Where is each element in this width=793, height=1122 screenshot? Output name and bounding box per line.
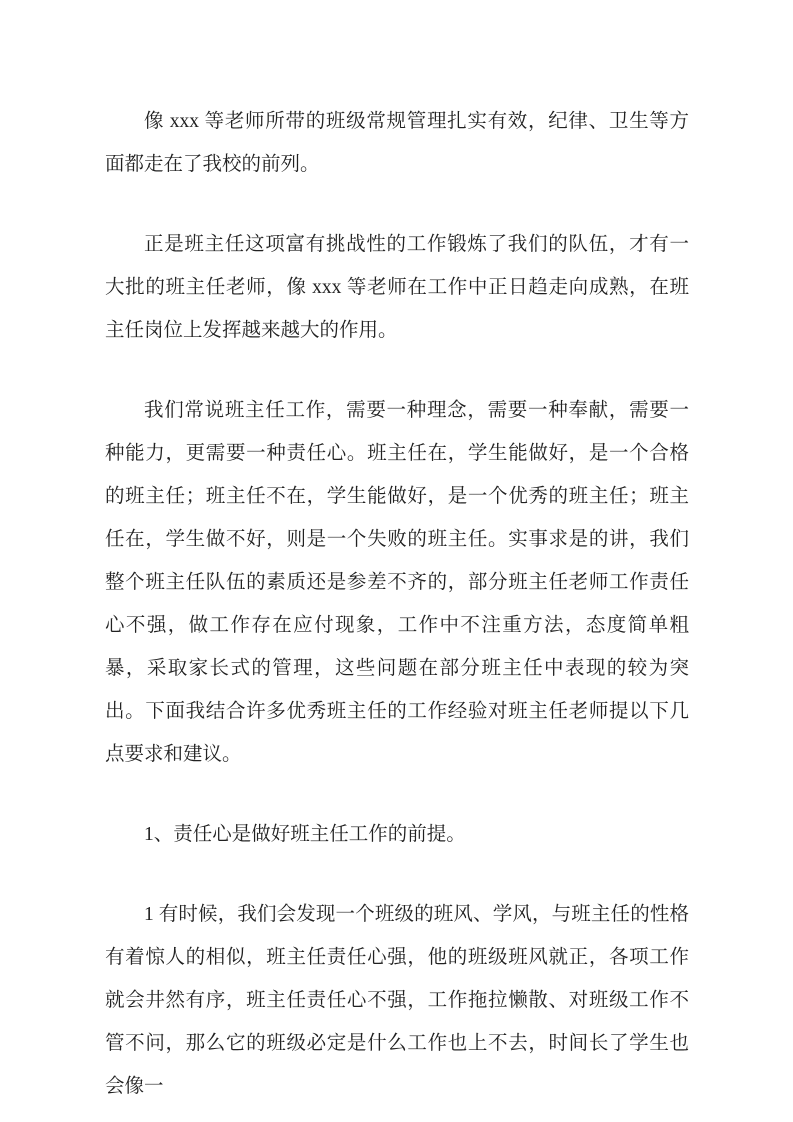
- paragraph: 我们常说班主任工作，需要一种理念，需要一种奉献，需要一种能力，更需要一种责任心。…: [105, 389, 689, 776]
- document-body: 像 xxx 等老师所带的班级常规管理扎实有效，纪律、卫生等方面都走在了我校的前列…: [105, 100, 689, 1108]
- paragraph: 1 有时候，我们会发现一个班级的班风、学风，与班主任的性格有着惊人的相似，班主任…: [105, 893, 689, 1108]
- paragraph: 像 xxx 等老师所带的班级常规管理扎实有效，纪律、卫生等方面都走在了我校的前列…: [105, 100, 689, 186]
- paragraph: 1、责任心是做好班主任工作的前提。: [105, 813, 689, 856]
- document-page: 像 xxx 等老师所带的班级常规管理扎实有效，纪律、卫生等方面都走在了我校的前列…: [0, 0, 793, 1122]
- paragraph: 正是班主任这项富有挑战性的工作锻炼了我们的队伍，才有一大批的班主任老师，像 xx…: [105, 223, 689, 352]
